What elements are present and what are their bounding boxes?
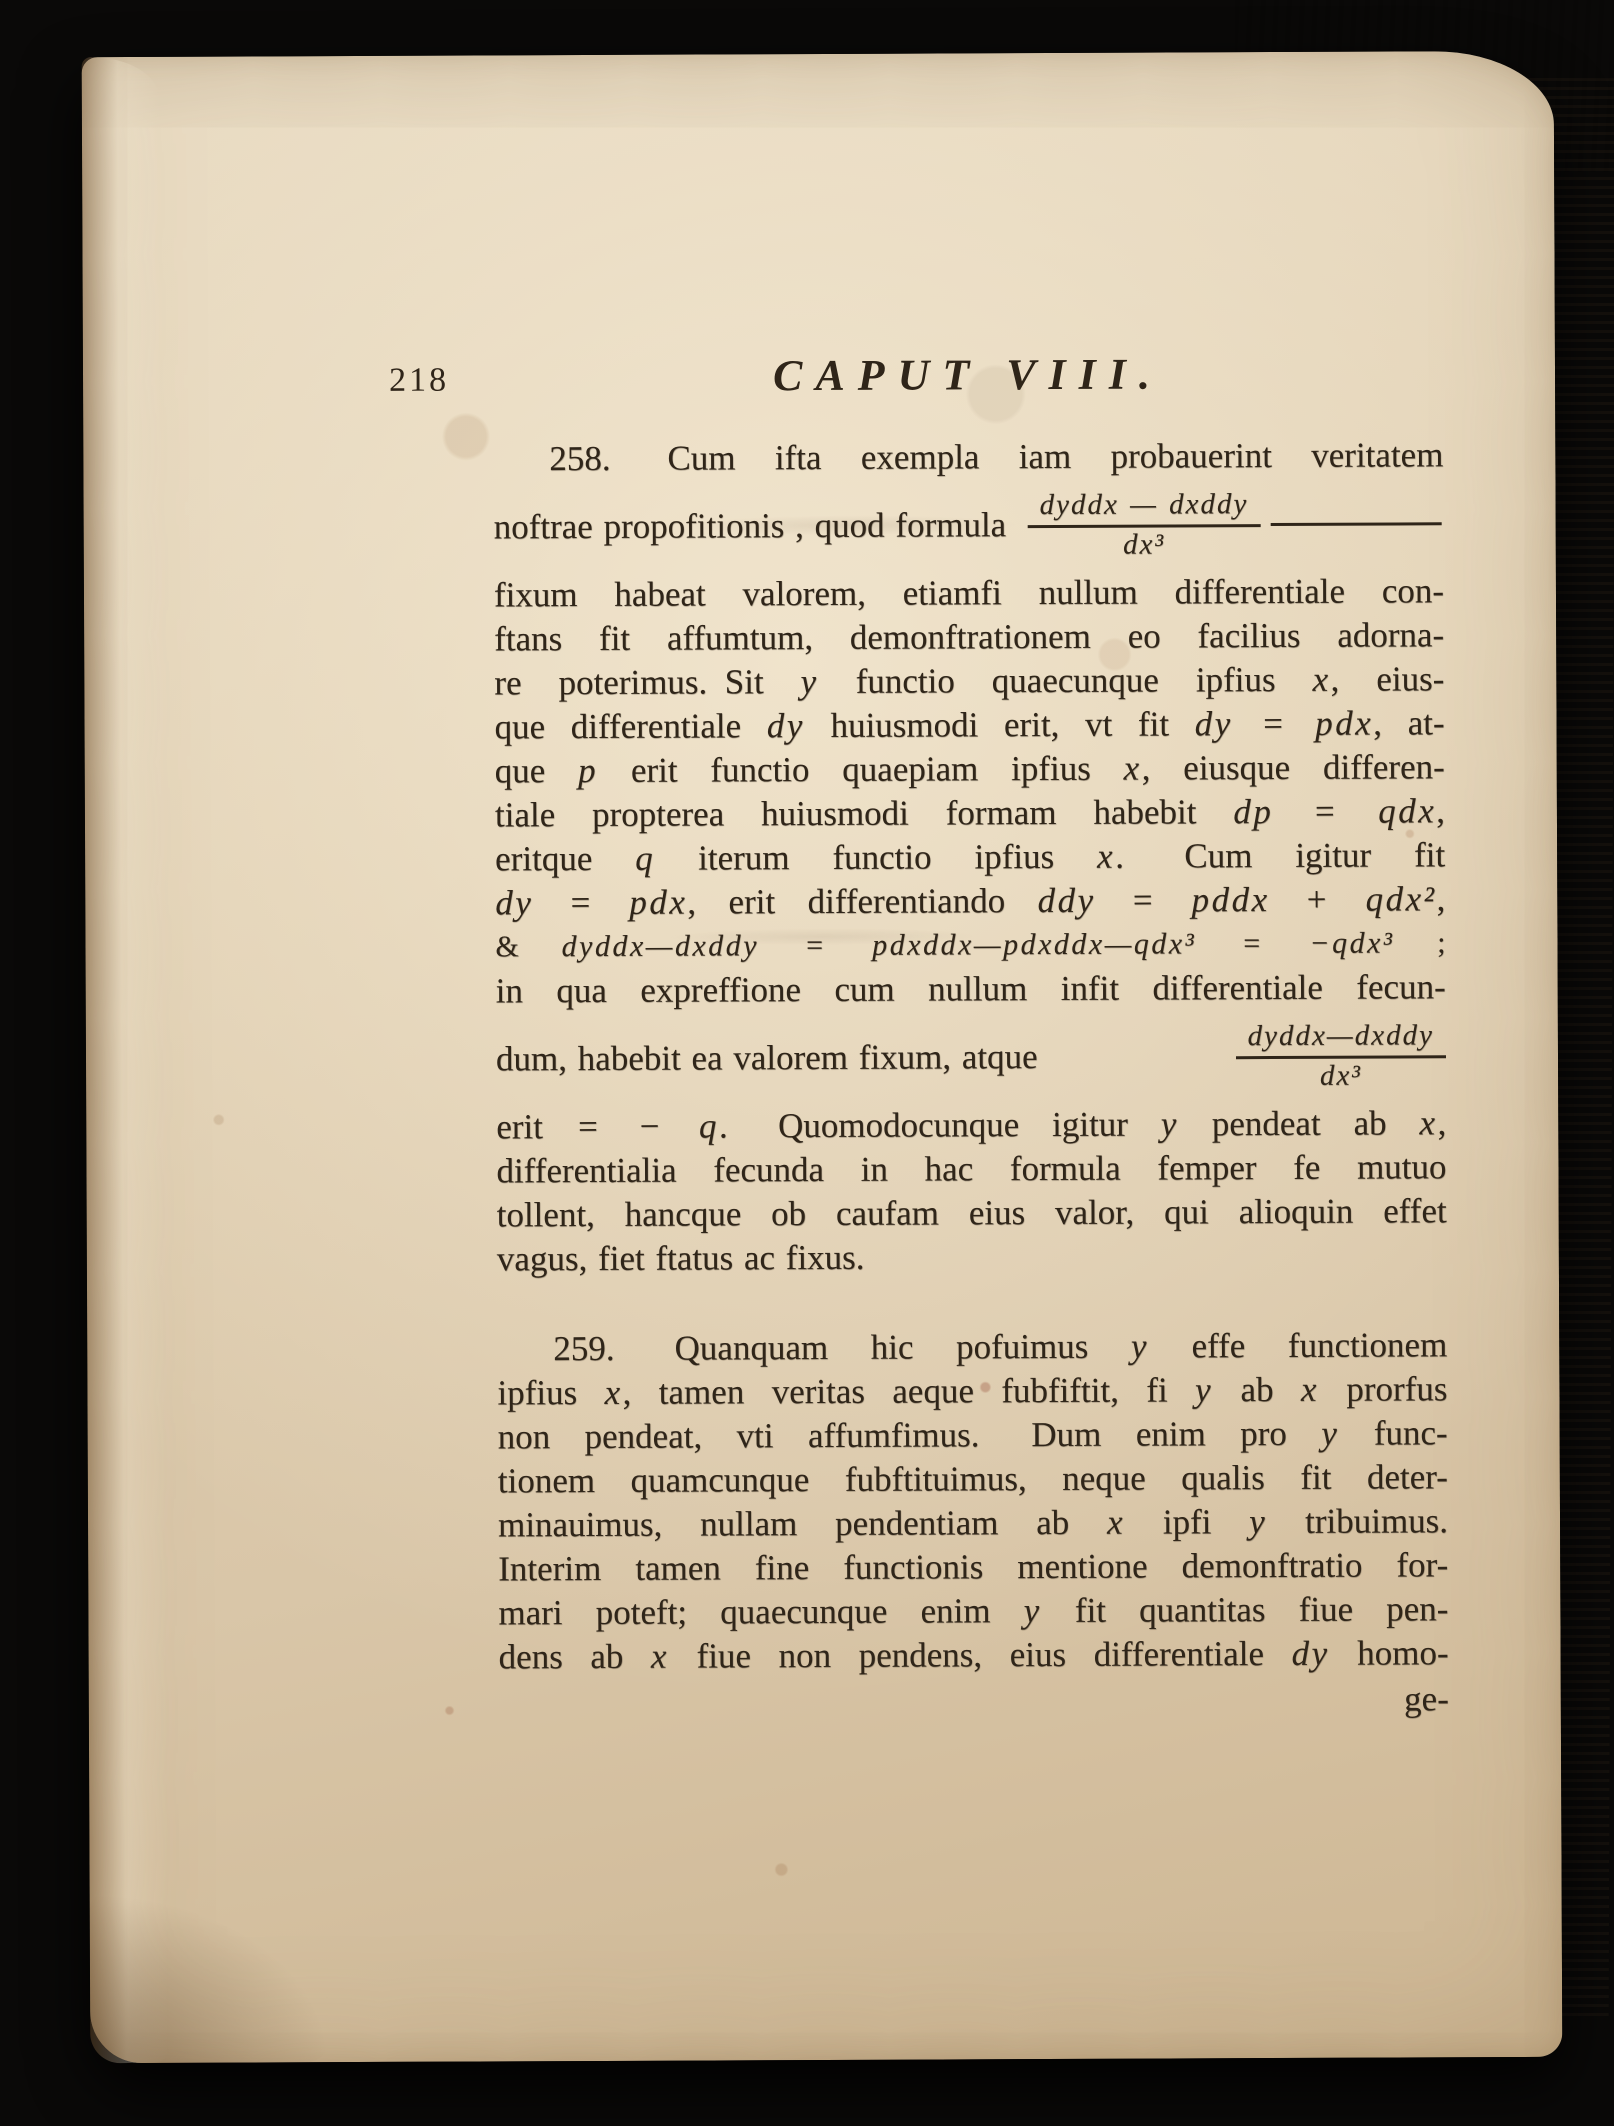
fraction-numerator: dyddx — dxddy	[1028, 488, 1261, 527]
text-run: tollent, hancque ob caufam eius valor, q…	[497, 1191, 1447, 1234]
text-run: re poterimus. Sit	[494, 662, 800, 702]
text-run: fit quantitas fiue pen-	[1042, 1589, 1449, 1630]
text-run: mari poteft; quaecunque enim	[498, 1591, 1023, 1632]
math-run: x	[604, 1373, 622, 1412]
text-run: differentialia fecunda in hac formula fe…	[496, 1147, 1446, 1190]
text-run: huiusmodi erit, vt fit	[805, 704, 1195, 745]
text-run: dum, habebit ea valorem fixum, atque	[496, 1035, 1059, 1081]
page-number: 218	[389, 362, 449, 400]
math-run: dy = pdx	[1195, 704, 1374, 744]
text-line: noftrae propofitionis , quod formula dyd…	[493, 477, 1443, 573]
text-line: que differentiale dy huiusmodi erit, vt …	[494, 701, 1444, 749]
text-line: mari poteft; quaecunque enim y fit quant…	[498, 1587, 1448, 1635]
text-run: . Cum igitur fit	[1115, 835, 1445, 875]
fraction-denominator: dx³	[1123, 528, 1165, 561]
text-run: 259. Quanquam hic pofuimus	[553, 1327, 1131, 1369]
text-line: vagus, fiet ftatus ac fixus.	[497, 1233, 1447, 1281]
fraction-bar-extension	[1270, 522, 1441, 526]
text-body: 258. Cum ifta exempla iam probauerint ve…	[493, 433, 1449, 1725]
text-run: erit functio quaepiam ipfius	[598, 749, 1124, 790]
text-line: tionem quamcunque fubftituimus, neque qu…	[498, 1455, 1448, 1503]
text-line: Interim tamen fine functionis mentione d…	[498, 1543, 1448, 1591]
paragraphs: 258. Cum ifta exempla iam probauerint ve…	[493, 433, 1448, 1679]
math-run: y	[1195, 1370, 1213, 1409]
text-run: Interim tamen fine functionis mentione d…	[498, 1545, 1448, 1588]
text-line: tiale propterea huiusmodi formam habebit…	[495, 789, 1445, 837]
text-run: pendeat ab	[1179, 1103, 1420, 1143]
text-run: ab	[1213, 1370, 1301, 1409]
book-page: 218 CAPUT VIII. 258. Cum ifta exempla ia…	[82, 51, 1563, 2063]
text-line: dy = pdx, erit differentiando ddy = pddx…	[495, 877, 1445, 925]
math-run: y	[1161, 1104, 1179, 1143]
page-header: 218 CAPUT VIII.	[493, 347, 1443, 403]
text-run: ftans fit affumtum, demonftrationem eo f…	[494, 615, 1444, 658]
text-run: , erit differentiando	[687, 881, 1037, 922]
math-run: y	[1321, 1414, 1339, 1453]
text-line: que p erit functio quaepiam ipfius x, ei…	[495, 745, 1445, 793]
text-run: ,	[1437, 1103, 1446, 1142]
text-run: , tamen veritas aeque fubfiftit, fi	[623, 1370, 1196, 1411]
text-run: . Quomodocunque igitur	[719, 1105, 1161, 1146]
text-run: ipfius	[497, 1373, 604, 1412]
math-run: x	[1107, 1503, 1125, 1542]
text-run: non pendeat, vti affumfimus. Dum enim pr…	[498, 1414, 1322, 1457]
text-run: , at-	[1373, 703, 1445, 742]
math-run: = − q	[576, 1106, 719, 1146]
text-run: ,	[1436, 879, 1445, 918]
math-run: dp = qdx	[1233, 791, 1436, 831]
text-run: prorfus	[1319, 1369, 1448, 1409]
text-line: erit = − q. Quomodocunque igitur y pende…	[496, 1101, 1446, 1149]
math-run: dy	[1292, 1634, 1330, 1673]
text-run: effe functionem	[1149, 1325, 1447, 1365]
text-run: 258. Cum ifta exempla iam probauerint ve…	[549, 435, 1443, 478]
text-run: dens ab	[499, 1637, 652, 1677]
math-run: y	[1131, 1327, 1149, 1366]
math-run: dyddx—dxddy = pdxddx—pdxddx—qdx³ = −qdx³	[562, 927, 1395, 964]
text-run: homo-	[1330, 1633, 1449, 1673]
math-run: x	[1124, 749, 1142, 788]
catchword-line: ge-	[499, 1677, 1449, 1725]
math-run: y	[1024, 1591, 1042, 1630]
running-title: CAPUT VIII.	[493, 347, 1443, 402]
text-run: ;	[1394, 926, 1445, 959]
text-run: tribuimus.	[1267, 1501, 1448, 1541]
text-run: que	[495, 751, 579, 790]
text-line: in qua expreffione cum nullum infit diff…	[496, 965, 1446, 1013]
text-line: fixum habeat valorem, etiamfi nullum dif…	[494, 569, 1444, 617]
math-run: dy	[767, 706, 805, 745]
text-run: functio quaecunque ipfius	[819, 660, 1313, 701]
text-line: ipfius x, tamen veritas aeque fubfiftit,…	[497, 1367, 1447, 1415]
text-run: noftrae propofitionis , quod formula	[494, 503, 1028, 549]
text-run: minauimus, nullam pendentiam ab	[498, 1503, 1107, 1545]
text-run: erit	[496, 1107, 576, 1146]
text-run: in qua expreffione cum nullum infit diff…	[496, 967, 1446, 1010]
text-run: tiale propterea huiusmodi formam habebit	[495, 792, 1234, 834]
math-run: ddy = pddx + qdx²	[1038, 879, 1437, 920]
math-run: y	[801, 662, 819, 701]
text-run: func-	[1339, 1413, 1447, 1452]
text-run: iterum functio ipfius	[655, 837, 1097, 878]
text-line: differentialia fecunda in hac formula fe…	[496, 1145, 1446, 1193]
text-run: eritque	[495, 839, 635, 879]
text-line: minauimus, nullam pendentiam ab x ipfi y…	[498, 1499, 1448, 1547]
text-run: , eiusque differen-	[1142, 747, 1445, 787]
math-run: q	[635, 839, 655, 878]
math-run: p	[578, 751, 598, 790]
catchword: ge-	[1404, 1679, 1449, 1718]
text-line: dens ab x fiue non pendens, eius differe…	[499, 1631, 1449, 1679]
math-run: x	[1419, 1103, 1437, 1142]
text-line: tollent, hancque ob caufam eius valor, q…	[497, 1189, 1447, 1237]
text-run: que differentiale	[494, 706, 766, 746]
math-run: x	[1312, 660, 1330, 699]
section-259: 259. Quanquam hic pofuimus y effe functi…	[497, 1323, 1449, 1679]
fraction-numerator: dyddx—dxddy	[1236, 1019, 1446, 1058]
text-line: ftans fit affumtum, demonftrationem eo f…	[494, 613, 1444, 661]
text-run: &	[495, 930, 561, 963]
photo-backdrop: { "page": { "number": "218", "header": "…	[0, 0, 1614, 2126]
text-line: non pendeat, vti affumfimus. Dum enim pr…	[498, 1411, 1448, 1459]
text-run: tionem quamcunque fubftituimus, neque qu…	[498, 1457, 1448, 1500]
text-line: 258. Cum ifta exempla iam probauerint ve…	[493, 433, 1443, 481]
text-line: 259. Quanquam hic pofuimus y effe functi…	[497, 1323, 1447, 1371]
math-run: x	[1301, 1370, 1319, 1409]
math-run: dy = pdx	[495, 883, 687, 923]
section-258: 258. Cum ifta exempla iam probauerint ve…	[493, 433, 1447, 1281]
text-run: , eius-	[1330, 659, 1444, 698]
text-run: fiue non pendens, eius differentiale	[669, 1634, 1292, 1676]
fraction: dyddx—dxddydx³	[1236, 1019, 1447, 1092]
text-run: vagus, fiet ftatus ac fixus.	[497, 1238, 865, 1279]
text-line: dum, habebit ea valorem fixum, atque dyd…	[496, 1009, 1446, 1105]
math-run: y	[1249, 1502, 1267, 1541]
math-run: x	[1097, 837, 1115, 876]
text-line: re poterimus. Sit y functio quaecunque i…	[494, 657, 1444, 705]
text-line: eritque q iterum functio ipfius x. Cum i…	[495, 833, 1445, 881]
text-run: fixum habeat valorem, etiamfi nullum dif…	[494, 571, 1444, 614]
text-line: & dyddx—dxddy = pdxddx—pdxddx—qdx³ = −qd…	[495, 921, 1445, 969]
math-run: x	[651, 1637, 669, 1676]
text-run: ,	[1436, 791, 1445, 830]
text-run: ipfi	[1125, 1502, 1249, 1542]
fraction-denominator: dx³	[1320, 1059, 1362, 1092]
fraction: dyddx — dxddydx³	[1028, 488, 1261, 561]
